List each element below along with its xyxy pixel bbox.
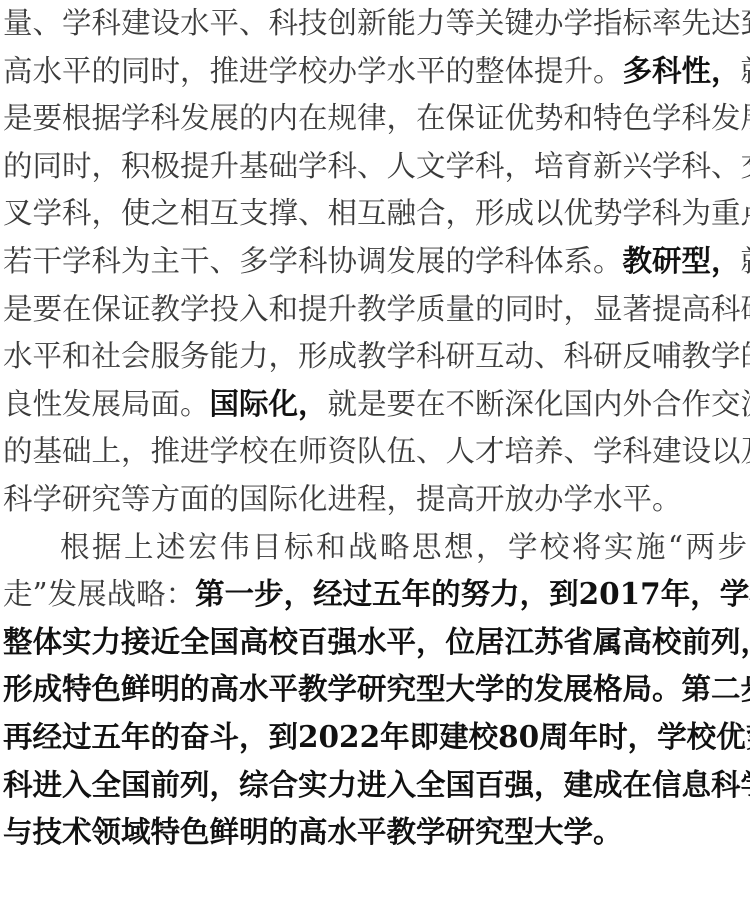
text-line: 整体实力接近全国高校百强水平，位居江苏省属高校前列， xyxy=(3,619,747,665)
text-line: 若干学科为主干、多学科协调发展的学科体系。教研型，就 xyxy=(3,238,747,284)
text-segment: 科进入全国前列，综合实力进入全国百强，建成在信息科学 xyxy=(3,767,750,802)
text-line: 良性发展局面。国际化，就是要在不断深化国内外合作交流 xyxy=(3,381,747,427)
text-line: 叉学科，使之相互支撑、相互融合，形成以优势学科为重点、 xyxy=(3,190,747,236)
text-line: 高水平的同时，推进学校办学水平的整体提升。多科性，就 xyxy=(3,48,747,94)
text-segment: 叉学科，使之相互支撑、相互融合，形成以优势学科为重点、 xyxy=(3,196,750,230)
text-line: 科学研究等方面的国际化进程，提高开放办学水平。 xyxy=(3,476,747,522)
text-line: 再经过五年的奋斗，到2022年即建校80周年时，学校优势学 xyxy=(3,714,747,760)
document-page: 量、学科建设水平、科技创新能力等关键办学指标率先达到 高水平的同时，推进学校办学… xyxy=(0,0,750,920)
text-segment: 水平和社会服务能力，形成教学科研互动、科研反哺教学的 xyxy=(3,339,750,373)
text-line: 是要在保证教学投入和提升教学质量的同时，显著提高科研 xyxy=(3,286,747,332)
text-segment: 量、学科建设水平、科技创新能力等关键办学指标率先达到 xyxy=(3,6,750,40)
bold-term-teaching-research: 教研型， xyxy=(623,243,741,278)
text-segment: 的基础上，推进学校在师资队伍、人才培养、学科建设以及 xyxy=(3,434,750,468)
text-segment: 形成特色鲜明的高水平教学研究型大学的发展格局。第二步 xyxy=(3,671,750,706)
text-segment: 整体实力接近全国高校百强水平，位居江苏省属高校前列， xyxy=(3,624,750,659)
text-segment: 就 xyxy=(741,54,750,88)
bold-term-multidisciplinary: 多科性， xyxy=(623,53,741,88)
text-line: 的同时，积极提升基础学科、人文学科，培育新兴学科、交 xyxy=(3,143,747,189)
text-line: 形成特色鲜明的高水平教学研究型大学的发展格局。第二步 xyxy=(3,666,747,712)
text-line: 量、学科建设水平、科技创新能力等关键办学指标率先达到 xyxy=(3,0,747,46)
text-segment: 的同时，积极提升基础学科、人文学科，培育新兴学科、交 xyxy=(3,149,750,183)
text-segment: 与技术领域特色鲜明的高水平教学研究型大学。 xyxy=(3,814,623,849)
text-segment: 科学研究等方面的国际化进程，提高开放办学水平。 xyxy=(3,482,682,516)
text-line: 科进入全国前列，综合实力进入全国百强，建成在信息科学 xyxy=(3,762,747,808)
bold-step-one: 第一步，经过五年的努力，到2017年，学校 xyxy=(195,576,750,611)
text-line: 走”发展战略：第一步，经过五年的努力，到2017年，学校 xyxy=(3,571,747,617)
text-segment: 再经过五年的奋斗，到2022年即建校80周年时，学校优势学 xyxy=(3,719,750,754)
text-line: 根据上述宏伟目标和战略思想，学校将实施“两步 xyxy=(60,524,747,570)
text-segment: 走”发展战略： xyxy=(3,577,195,611)
text-line: 是要根据学科发展的内在规律，在保证优势和特色学科发展 xyxy=(3,95,747,141)
text-segment: 是要在保证教学投入和提升教学质量的同时，显著提高科研 xyxy=(3,292,750,326)
text-line: 的基础上，推进学校在师资队伍、人才培养、学科建设以及 xyxy=(3,428,747,474)
text-segment: 根据上述宏伟目标和战略思想，学校将实施“两步 xyxy=(60,530,747,564)
text-line: 与技术领域特色鲜明的高水平教学研究型大学。 xyxy=(3,809,747,855)
text-line: 水平和社会服务能力，形成教学科研互动、科研反哺教学的 xyxy=(3,333,747,379)
text-segment: 高水平的同时，推进学校办学水平的整体提升。 xyxy=(3,54,623,88)
text-segment: 若干学科为主干、多学科协调发展的学科体系。 xyxy=(3,244,623,278)
text-segment: 良性发展局面。 xyxy=(3,387,210,421)
text-segment: 就 xyxy=(741,244,750,278)
text-segment: 是要根据学科发展的内在规律，在保证优势和特色学科发展 xyxy=(3,101,750,135)
text-segment: 就是要在不断深化国内外合作交流 xyxy=(328,387,750,421)
bold-term-internationalization: 国际化， xyxy=(210,386,328,421)
